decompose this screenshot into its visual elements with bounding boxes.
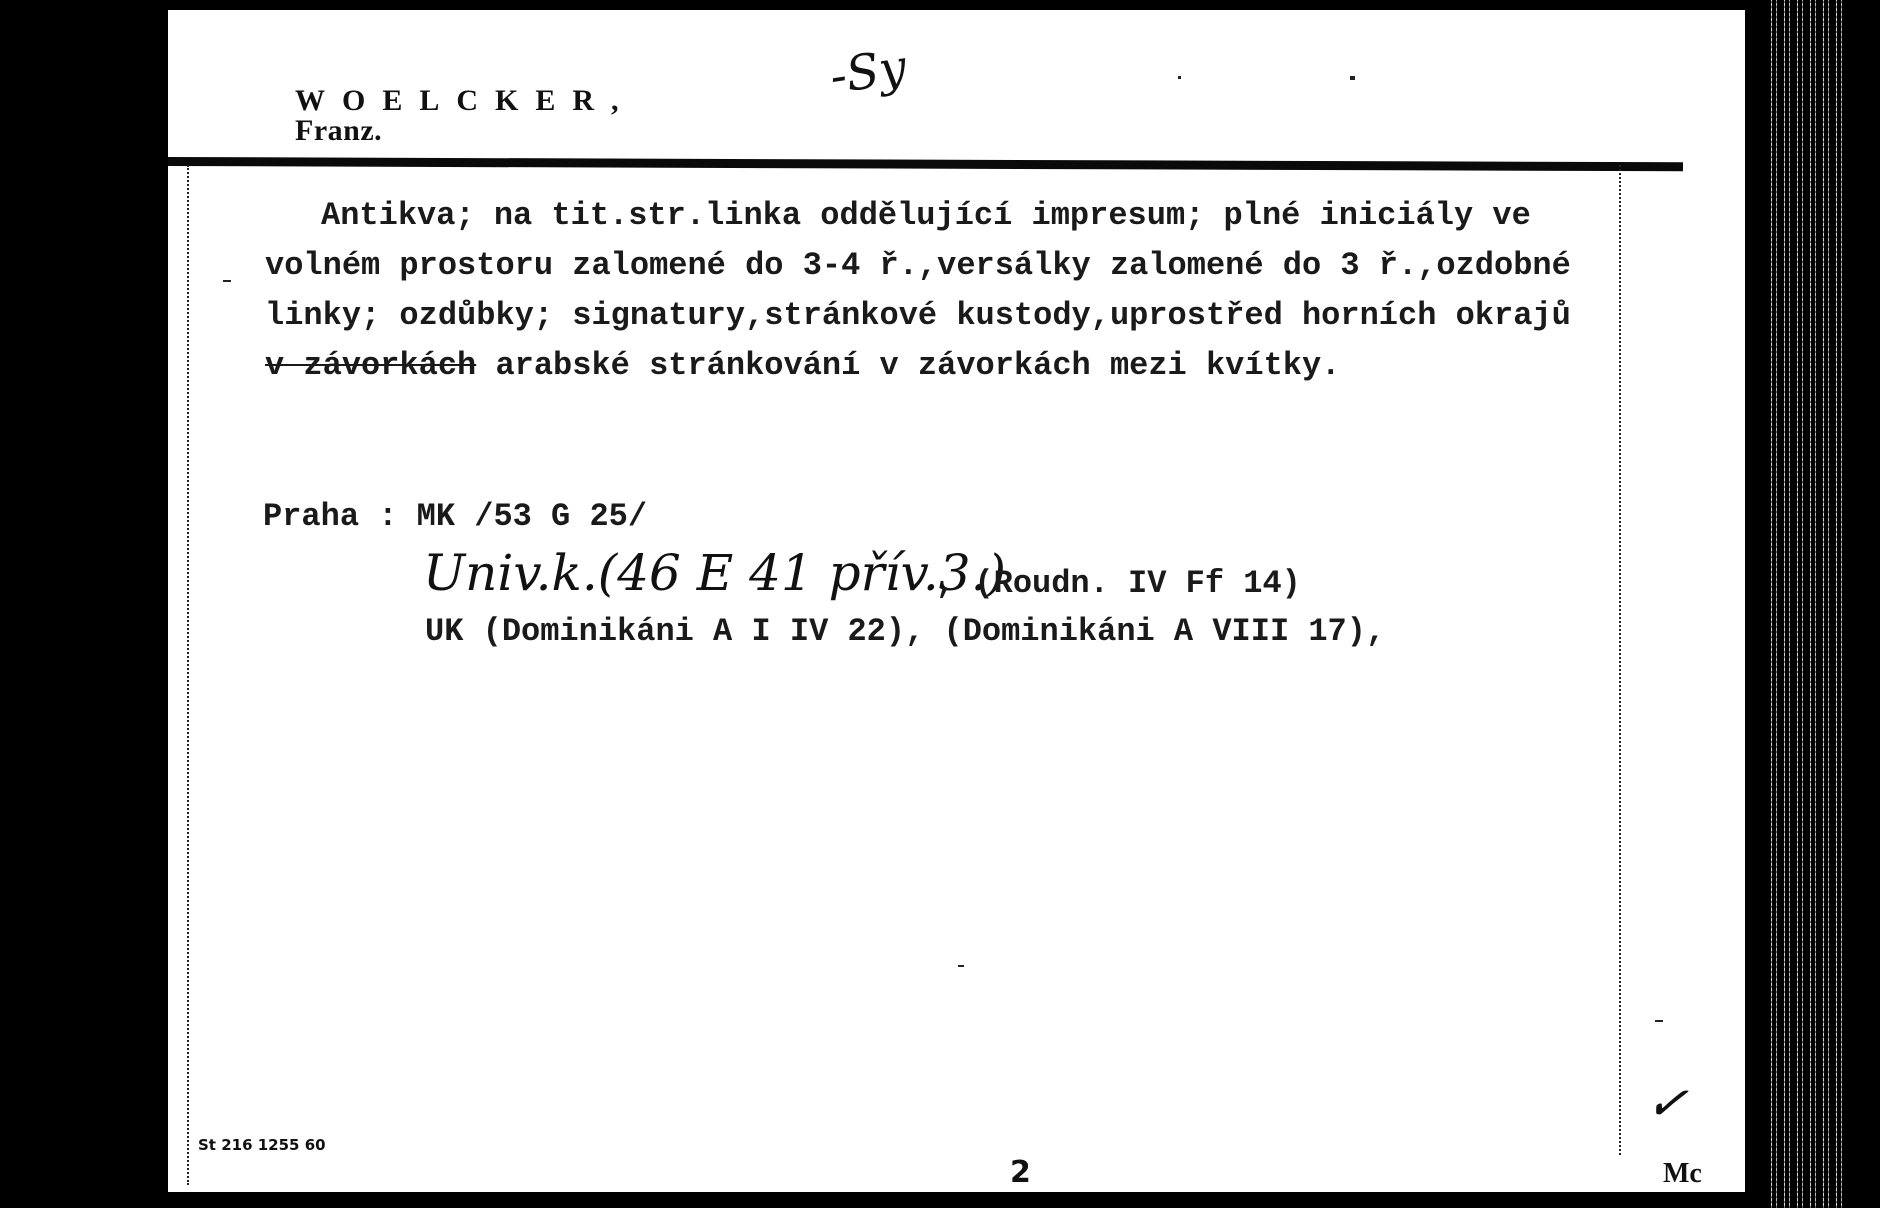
holdings-shelfmark-roudnice: , (Roudn. IV Ff 14): [936, 568, 1301, 600]
description-line-4-text: arabské stránkování v závorkách mezi kví…: [476, 347, 1340, 384]
scan-speck: [1350, 76, 1355, 80]
page-number: 2: [1010, 1158, 1031, 1188]
heading-given-name: Franz.: [295, 114, 382, 147]
right-margin-dotted-line: [1619, 165, 1621, 1155]
catalog-card: WOELCKER, Franz. -Sy Antikva; na tit.str…: [168, 10, 1745, 1192]
handwritten-mark: -Sy: [827, 43, 909, 101]
scan-speck: [1655, 1020, 1663, 1022]
check-mark-icon: ✓: [1644, 1076, 1691, 1130]
scan-speck: [1178, 76, 1181, 79]
print-code: St 216 1255 60: [198, 1138, 326, 1153]
scanner-edge-stripes: [1768, 0, 1846, 1208]
left-margin-dotted-line: [187, 165, 189, 1185]
holdings-shelfmark-1: MK /53 G 25/: [417, 498, 647, 535]
description-line-3: linky; ozdůbky; signatury,stránkové kust…: [265, 300, 1571, 332]
holdings-handwritten-shelfmark: Univ.k.(46 E 41 přív.3.): [423, 548, 1006, 598]
holdings-line-3: UK (Dominikáni A I IV 22), (Dominikáni A…: [425, 616, 1385, 648]
scan-speck: [958, 965, 964, 967]
description-line-1: Antikva; na tit.str.linka oddělující imp…: [321, 200, 1531, 232]
initials: Mc: [1663, 1160, 1702, 1188]
holdings-city-label: Praha :: [263, 498, 397, 535]
heading-surname: WOELCKER,: [295, 84, 636, 117]
scan-speck: [223, 280, 231, 282]
holdings-line-1: Praha : MK /53 G 25/: [263, 501, 647, 533]
struck-out-text: v závorkách: [265, 347, 476, 384]
description-line-2: volném prostoru zalomené do 3-4 ř.,versá…: [265, 250, 1571, 282]
description-line-4: v závorkách arabské stránkování v závork…: [265, 350, 1340, 382]
